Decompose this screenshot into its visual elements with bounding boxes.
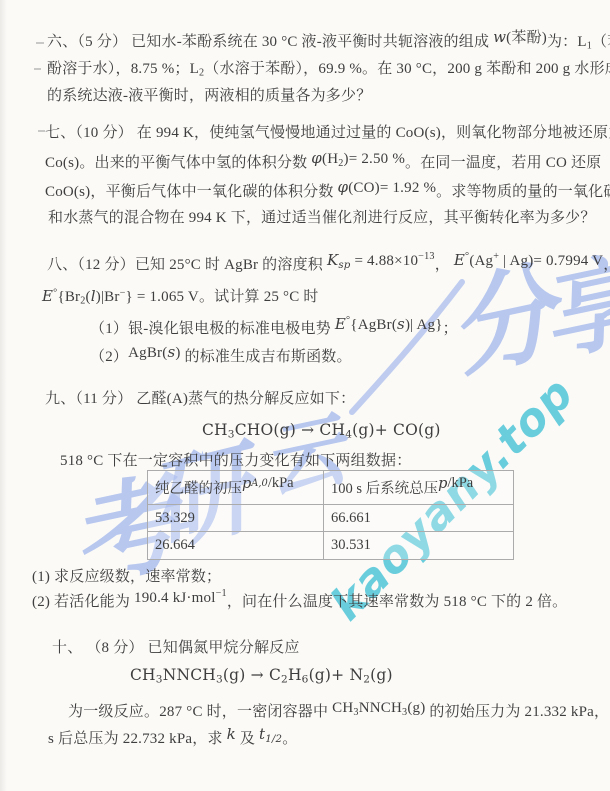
problem-10-line-1: 为一级反应。287 °C 时，一密闭容器中 CH3NNCH3(g) 的初始压力为… [68,701,610,723]
scan-artifact [34,68,41,70]
problem-6-line-2: 酚溶于水），8.75 %；L2（水溶于苯酚），69.9 %。在 30 °C，20… [47,58,610,80]
problem-7-line-4: 和水蒸气的混合物在 994 K 下，通过适当催化剂进行反应，其平衡转化率为多少？ [48,207,596,229]
problem-9-equation: CH3CHO(g) → CH4(g)+ CO(g) [202,419,441,441]
problem-7-line-1: 七、（10 分） 在 994 K，使纯氢气慢慢地通过过量的 CoO(s)，则氧化… [45,122,610,144]
table-header-initial-pressure: 纯乙醛的初压 pA,0 /kPa [148,471,324,505]
problem-10-line-2: s 后总压为 22.732 kPa，求 k 及 t1/2。 [48,727,297,750]
problem-9-note: 518 °C 下在一定容积中的压力变化有如下两组数据： [60,450,411,472]
problem-7-line-3: CoO(s)，平衡后气体中一氧化碳的体积分数 φ(CO)= 1.92 %。求等物… [45,180,610,203]
scan-edge-shadow [0,0,7,791]
table-cell: 66.661 [324,505,513,532]
problem-9-title: 九、（11 分） 乙醛(A)蒸气的热分解反应如下： [45,388,355,410]
problem-10-title: 十、 （8 分） 已知偶氮甲烷分解反应 [52,637,300,659]
problem-10-equation: CH3NNCH3(g) → C2H6(g)+ N2(g) [130,664,393,686]
problem-8-line-2: E°{Br2(l)|Br−} = 1.065 V。试计算 25 °C 时 [42,285,319,308]
table-header-total-pressure: 100 s 后系统总压 p /kPa [324,471,513,505]
problem-9-item-1: (1) 求反应级数，速率常数； [32,566,221,588]
pressure-data-table: 纯乙醛的初压 pA,0 /kPa 100 s 后系统总压 p /kPa 53.3… [147,470,514,560]
table-cell: 26.664 [148,532,324,559]
problem-6-line-1: 六、（5 分） 已知水-苯酚系统在 30 °C 液-液平衡时共轭溶液的组成 w(… [47,30,610,53]
table-cell: 30.531 [324,532,513,559]
problem-8-line-1: 八、（12 分）已知 25°C 时 AgBr 的溶度积 Ksp = 4.88×1… [47,253,610,276]
scan-artifact [36,42,44,44]
problem-6-line-3: 的系统达液-液平衡时，两液相的质量各为多少？ [47,85,371,107]
table-cell: 53.329 [148,505,324,532]
problem-7-line-2: Co(s)。出来的平衡气体中氢的体积分数 φ(H2)= 2.50 %。在同一温度… [45,151,601,174]
problem-8-item-2: （2）AgBr(s) 的标准生成吉布斯函数。 [90,345,352,368]
problem-8-item-1: （1）银-溴化银电极的标准电极电势 E°{AgBr(s)| Ag}； [90,317,458,340]
watermark-script-char: 享 [526,219,610,381]
scan-artifact [38,130,45,132]
scanned-exam-page: 考 研 云 分 享 kaoyany.top 六、（5 分） 已知水-苯酚系统在 … [0,0,610,791]
problem-9-item-2: (2) 若活化能为 190.4 kJ·mol−1，问在什么温度下其速率常数为 5… [32,591,567,613]
